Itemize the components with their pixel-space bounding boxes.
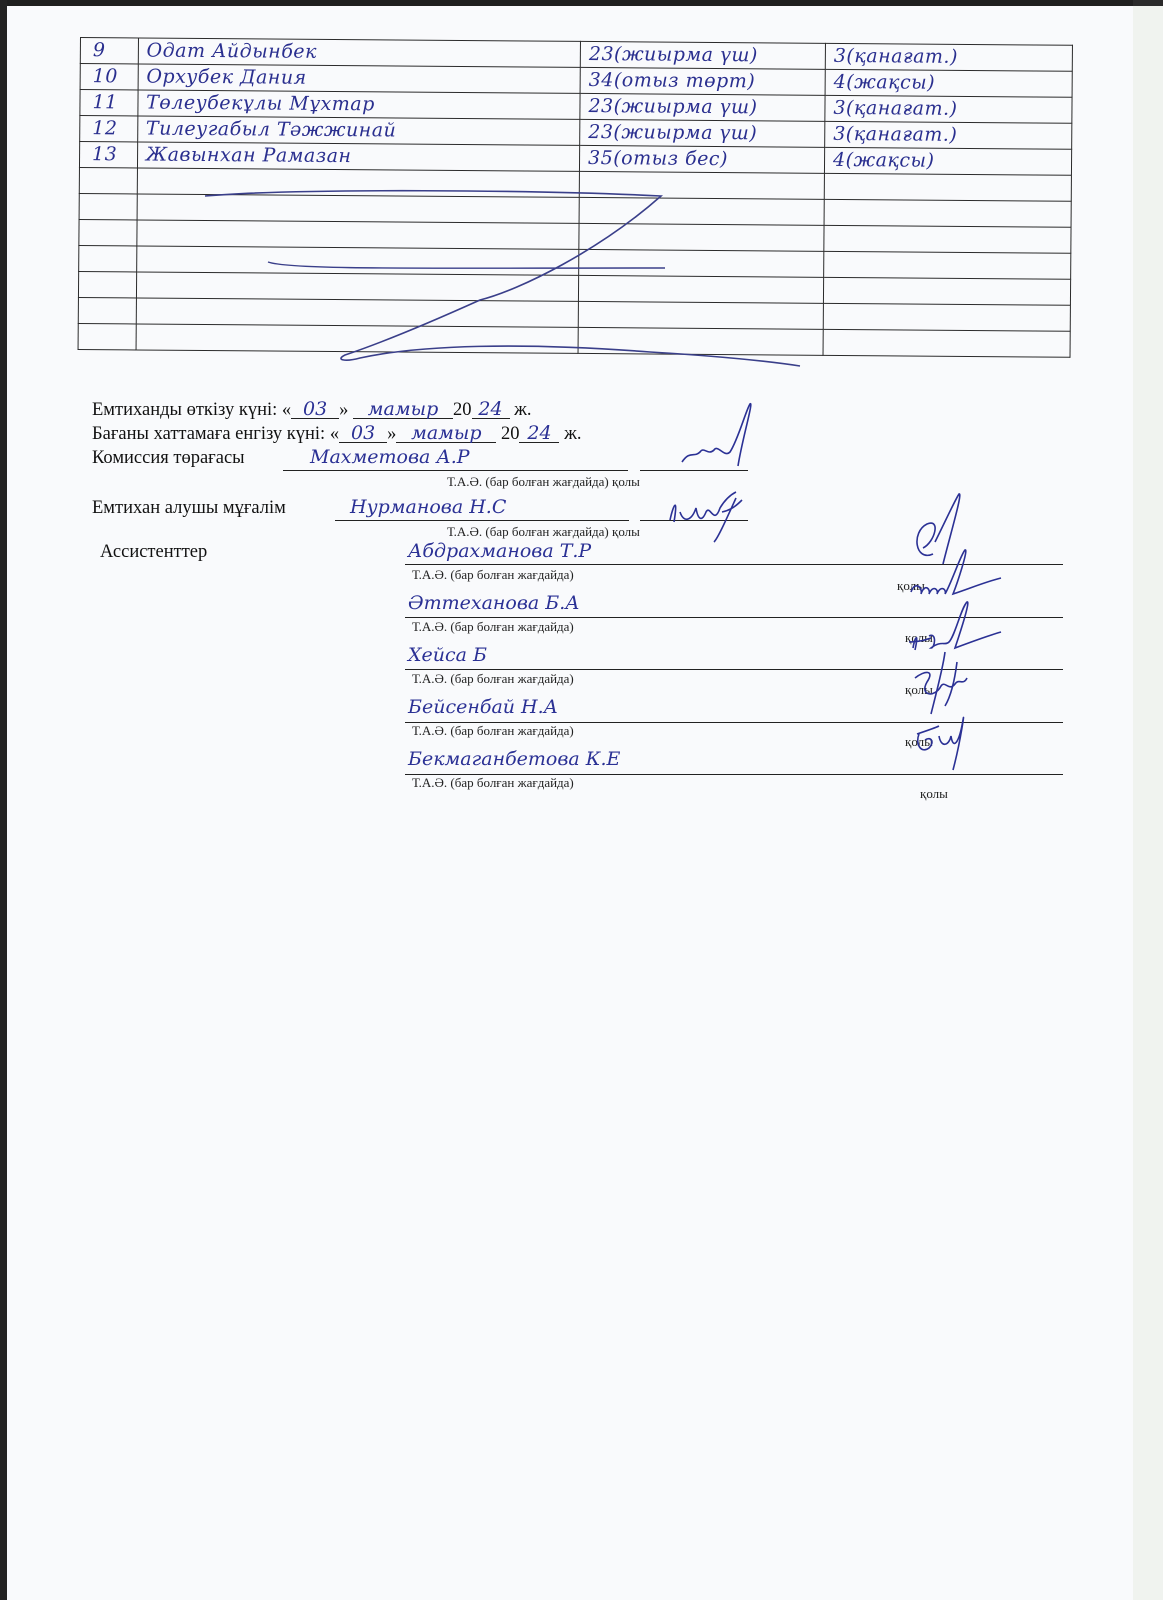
teacher-name: Нурманова Н.С xyxy=(350,496,506,518)
teacher-sign-rule xyxy=(640,520,748,521)
score-cell xyxy=(578,301,823,329)
teacher-signature-icon xyxy=(662,490,752,545)
assistant-signature-icon xyxy=(905,492,1005,572)
score-cell xyxy=(578,275,823,303)
scan-border-top xyxy=(0,0,1163,6)
exam-date-unit: ж. xyxy=(514,400,531,420)
entry-date-label: Бағаны хаттамаға енгізу күні: « xyxy=(92,424,339,444)
assistant-sign-caption: қолы xyxy=(897,578,925,594)
student-name: Тилеугабыл Тәжжинай xyxy=(137,116,580,145)
assistant-name-caption: Т.А.Ә. (бар болған жағдайда) xyxy=(412,775,574,791)
row-number: 13 xyxy=(79,142,137,168)
row-number: 11 xyxy=(80,90,138,116)
grade-cell xyxy=(824,251,1071,279)
score-cell xyxy=(579,171,824,199)
chair-label: Комиссия төрағасы xyxy=(92,448,245,469)
entry-date-year-prefix: 20 xyxy=(501,424,520,444)
chair-signature-icon xyxy=(672,400,762,475)
assistant-name: Бейсенбай Н.А xyxy=(408,696,558,718)
assistant-name: Абдрахманова Т.Р xyxy=(408,540,591,562)
assistants-label: Ассистенттер xyxy=(100,542,207,563)
entry-date-day: 03 xyxy=(339,424,387,443)
entry-date-month: мамыр xyxy=(396,424,496,443)
student-name: Төлеубекұлы Мұхтар xyxy=(138,90,581,119)
grade-cell xyxy=(823,277,1070,305)
exam-date-month: мамыр xyxy=(353,400,453,419)
row-number xyxy=(79,219,137,245)
grade-cell xyxy=(824,225,1071,253)
grade-cell: 3(қанағат.) xyxy=(825,43,1072,71)
exam-date-day: 03 xyxy=(291,400,339,419)
grades-table: 9Одат Айдынбек23(жиырма үш)3(қанағат.)10… xyxy=(78,37,1073,358)
row-number xyxy=(79,245,137,271)
assistant-sign-caption: қолы xyxy=(920,786,948,802)
assistant-sign-caption: қолы xyxy=(905,630,933,646)
entry-date-unit: ж. xyxy=(564,424,581,444)
score-cell xyxy=(579,249,824,277)
grade-cell: 4(жақсы) xyxy=(825,69,1072,97)
assistant-name: Әттеханова Б.А xyxy=(408,592,580,614)
assistant-name-caption: Т.А.Ә. (бар болған жағдайда) xyxy=(412,619,574,635)
score-cell: 34(отыз төрт) xyxy=(580,67,825,95)
grade-cell: 3(қанағат.) xyxy=(825,95,1072,123)
assistant-rule xyxy=(405,564,1063,565)
exam-date-label: Емтиханды өткізу күні: « xyxy=(92,400,291,420)
assistant-name-caption: Т.А.Ә. (бар болған жағдайда) xyxy=(412,723,574,739)
grade-cell xyxy=(824,173,1071,201)
grade-cell xyxy=(823,303,1070,331)
grade-cell xyxy=(823,329,1070,357)
student-name: Орхубек Дания xyxy=(138,64,581,93)
assistant-sign-caption: қолы xyxy=(905,734,933,750)
student-name: Жавынхан Рамазан xyxy=(137,142,580,171)
student-name xyxy=(136,246,579,275)
exam-date-year-prefix: 20 xyxy=(453,400,472,420)
assistant-name-caption: Т.А.Ә. (бар болған жағдайда) xyxy=(412,671,574,687)
student-name xyxy=(136,324,579,353)
scan-border-right xyxy=(1133,6,1163,1600)
scan-border-left xyxy=(0,0,7,1600)
chair-name-rule xyxy=(283,470,628,471)
assistant-name-caption: Т.А.Ә. (бар болған жағдайда) xyxy=(412,567,574,583)
score-cell xyxy=(579,197,824,225)
grade-cell: 4(жақсы) xyxy=(824,147,1071,175)
row-number xyxy=(79,193,137,219)
row-number xyxy=(79,167,137,193)
entry-date-line: Бағаны хаттамаға енгізу күні: «03»мамыр … xyxy=(92,424,582,445)
assistant-rule xyxy=(405,617,1063,618)
entry-date-year-suffix: 24 xyxy=(519,424,559,443)
exam-date-year-suffix: 24 xyxy=(472,400,510,419)
grade-cell: 3(қанағат.) xyxy=(825,121,1072,149)
score-cell: 23(жиырма үш) xyxy=(580,119,825,147)
score-cell xyxy=(579,223,824,251)
row-number: 12 xyxy=(80,116,138,142)
assistant-sign-caption: қолы xyxy=(905,682,933,698)
student-name xyxy=(137,220,580,249)
row-number xyxy=(78,297,136,323)
teacher-name-rule xyxy=(335,520,629,521)
score-cell: 23(жиырма үш) xyxy=(580,93,825,121)
student-name xyxy=(137,168,580,197)
chair-caption: Т.А.Ә. (бар болған жағдайда) қолы xyxy=(447,474,640,490)
chair-sign-rule xyxy=(640,470,748,471)
assistant-name: Бекмаганбетова К.Е xyxy=(408,748,620,770)
row-number xyxy=(78,271,136,297)
student-name: Одат Айдынбек xyxy=(138,38,581,67)
student-name xyxy=(136,272,579,301)
row-number: 9 xyxy=(80,38,138,64)
assistant-name: Хейса Б xyxy=(408,644,487,666)
score-cell: 23(жиырма үш) xyxy=(580,41,825,69)
exam-date-close-quote: » xyxy=(339,400,348,420)
grade-cell xyxy=(824,199,1071,227)
teacher-caption: Т.А.Ә. (бар болған жағдайда) қолы xyxy=(447,524,640,540)
teacher-label: Емтихан алушы мұғалім xyxy=(92,498,286,519)
score-cell: 35(отыз бес) xyxy=(579,145,824,173)
row-number: 10 xyxy=(80,64,138,90)
chair-name: Махметова А.Р xyxy=(310,446,470,468)
entry-date-close-quote: » xyxy=(387,424,396,444)
score-cell xyxy=(578,327,823,355)
student-name xyxy=(136,298,579,327)
exam-date-line: Емтиханды өткізу күні: «03» мамыр2024 ж. xyxy=(92,400,532,421)
row-number xyxy=(78,323,136,349)
student-name xyxy=(137,194,580,223)
